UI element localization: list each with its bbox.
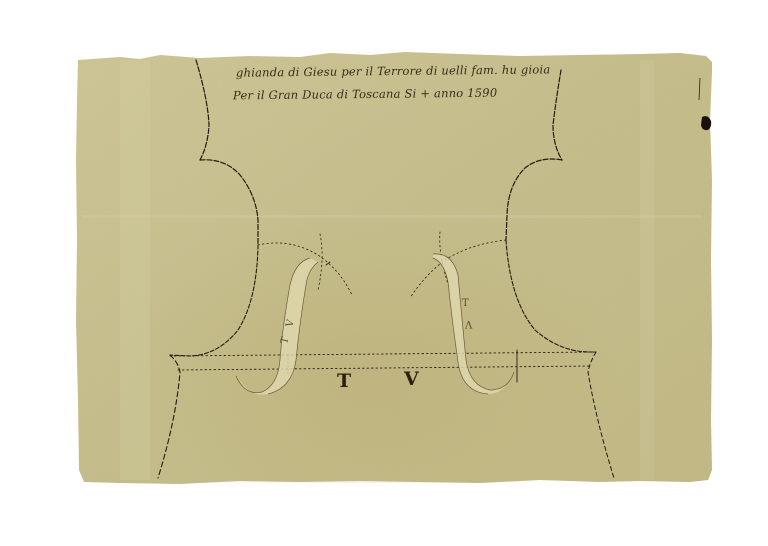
right-ornament-label-t: T [462, 298, 469, 309]
center-label-t: T [337, 370, 351, 392]
artwork-canvas: ghianda di Giesu per il Terrore di uelli… [0, 0, 768, 546]
caption-line-2: Per il Gran Duca di Toscana Si + anno 15… [233, 86, 497, 103]
right-ornament-label-v: V [465, 318, 472, 329]
paper-sheet [76, 52, 712, 484]
center-label-v: V [404, 368, 419, 390]
drawing-svg [0, 0, 768, 546]
